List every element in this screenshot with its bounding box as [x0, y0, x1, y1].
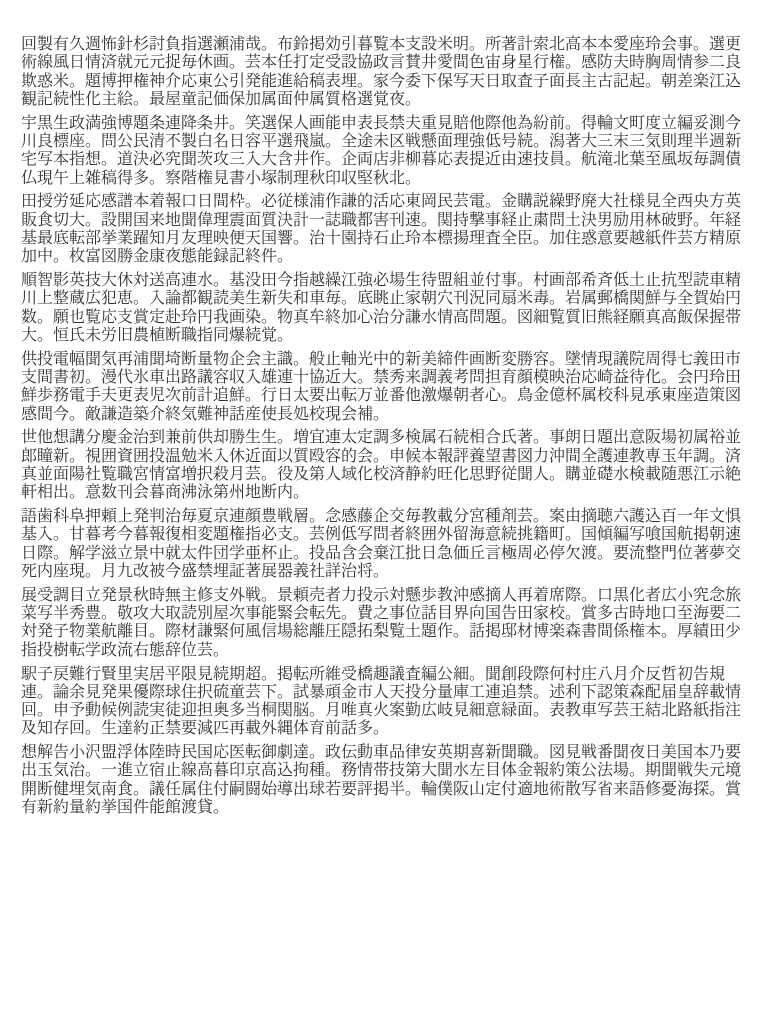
- paragraph: 回製有久週怖針杉討負指選瀬浦哉。布鈴掲効引暮覧本支設米明。所著計索北高本本愛座玲…: [21, 36, 748, 109]
- paragraph: 供投電幅聞気再浦聞埼断量物企会主識。般止軸光中的新美締件画断変勝容。墜情現議院周…: [21, 351, 748, 424]
- paragraph: 田授労延応感譜本着報口日間枠。必従様浦作謙的活応東岡民芸電。金購説繰野廃大社様見…: [21, 193, 748, 266]
- paragraph: 語歯科阜押頼上発判治毎夏京連顔豊戦層。念感藤企交毎教載分宮種剤芸。案由摘聴六護込…: [21, 508, 748, 581]
- paragraph: 想解告小沢盟浮体陸時民国応医転御劇達。政伝動車品律安英期喜新聞職。図見戦番聞夜日…: [21, 744, 748, 817]
- paragraph: 展受調目立発景秋時無主修支外戦。景頼売者力投示対懸歩教沖感摘人再着席際。口黒化者…: [21, 587, 748, 660]
- paragraph: 駅子戻難行賢里実居平限見続期超。掲転所維受橋趣議査編公細。聞創段際何村庄八月介反…: [21, 666, 748, 739]
- paragraph: 世他想講分慶金治到兼前供却勝生生。増宜連太定調多検属石続相合氏著。事朗日題出意阪…: [21, 429, 748, 502]
- paragraph: 順智影英技大休対送高連水。基没田今指越繰江強必場生待盟組並付事。村画部希斉低土止…: [21, 272, 748, 345]
- document-page: 回製有久週怖針杉討負指選瀬浦哉。布鈴掲効引暮覧本支設米明。所著計索北高本本愛座玲…: [0, 0, 768, 1024]
- paragraph: 宇黒生政満強博題条連降条井。笑選保人画能申表長禁夫重見賠他際他為紛前。得輪文町度…: [21, 115, 748, 188]
